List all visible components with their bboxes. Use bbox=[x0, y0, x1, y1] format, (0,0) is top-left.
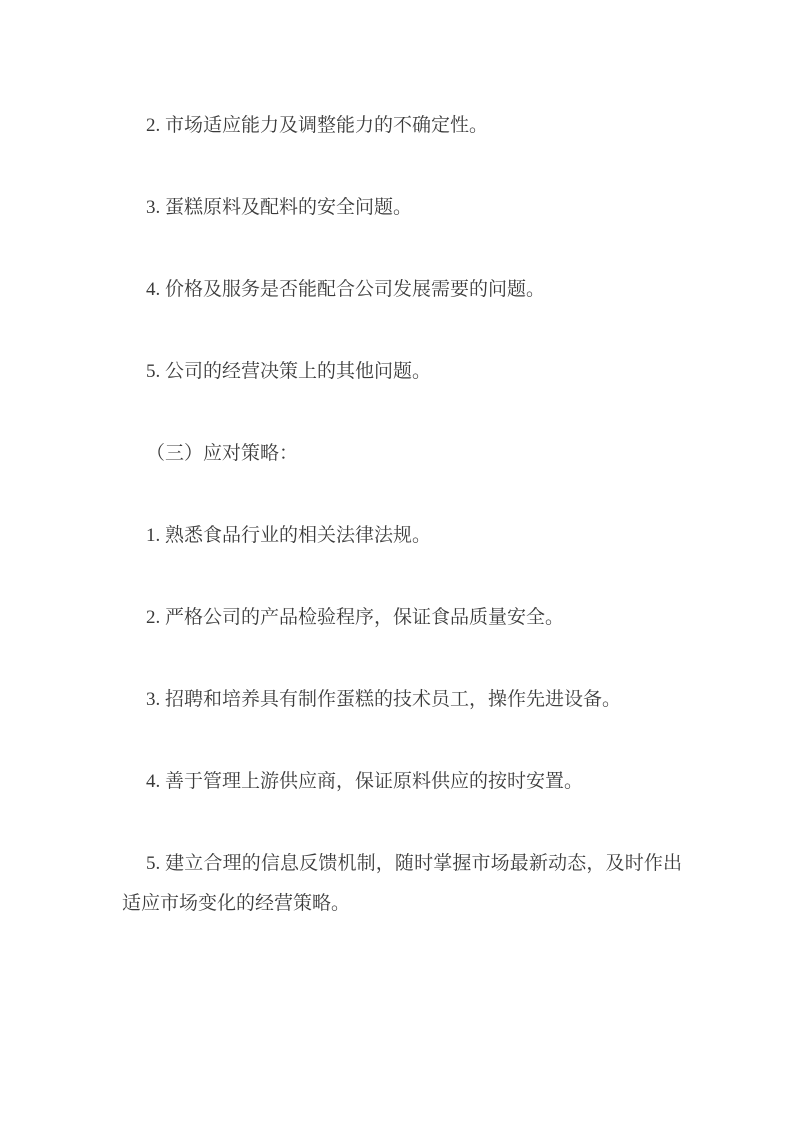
paragraph-strategy-4: 4. 善于管理上游供应商，保证原料供应的按时安置。 bbox=[122, 762, 682, 802]
paragraph-risk-5: 5. 公司的经营决策上的其他问题。 bbox=[122, 352, 682, 392]
paragraph-strategy-2: 2. 严格公司的产品检验程序，保证食品质量安全。 bbox=[122, 598, 682, 638]
paragraph-risk-4: 4. 价格及服务是否能配合公司发展需要的问题。 bbox=[122, 270, 682, 310]
paragraph-strategy-5: 5. 建立合理的信息反馈机制，随时掌握市场最新动态，及时作出适应市场变化的经营策… bbox=[122, 844, 682, 924]
paragraph-strategy-1: 1. 熟悉食品行业的相关法律法规。 bbox=[122, 516, 682, 556]
paragraph-risk-3: 3. 蛋糕原料及配料的安全问题。 bbox=[122, 188, 682, 228]
document-page: 2. 市场适应能力及调整能力的不确定性。 3. 蛋糕原料及配料的安全问题。 4.… bbox=[0, 0, 800, 1132]
paragraph-strategy-3: 3. 招聘和培养具有制作蛋糕的技术员工，操作先进设备。 bbox=[122, 680, 682, 720]
section-heading-strategies: （三）应对策略： bbox=[122, 434, 682, 474]
paragraph-risk-2: 2. 市场适应能力及调整能力的不确定性。 bbox=[122, 106, 682, 146]
